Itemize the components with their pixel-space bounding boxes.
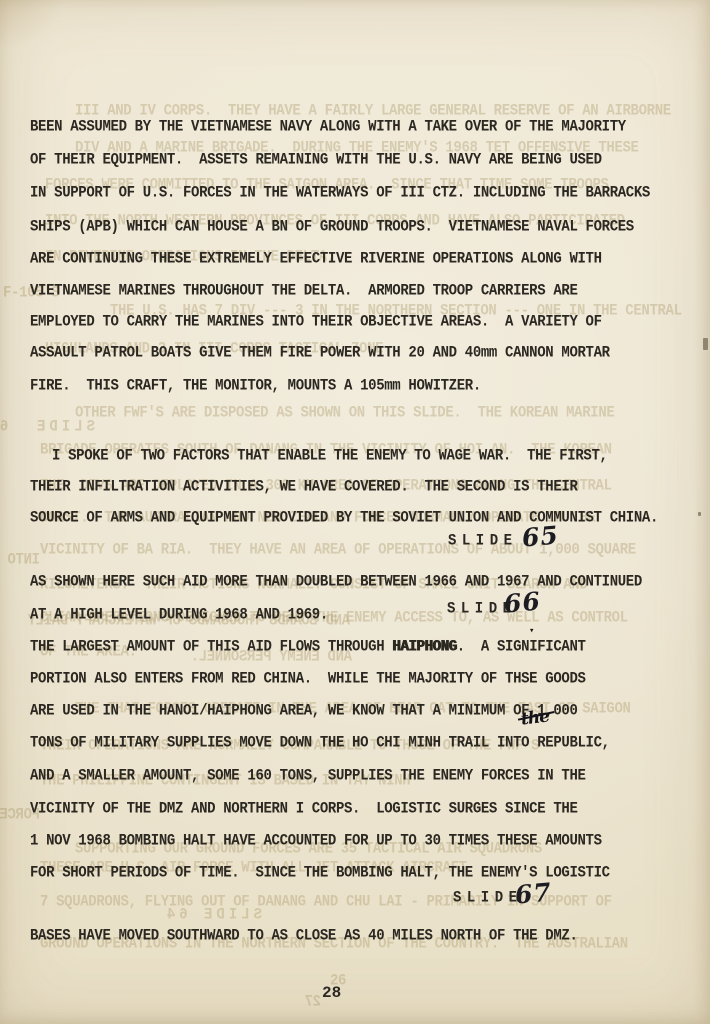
scanned-document-page: III AND IV CORPS. THEY HAVE A FAIRLY LAR… xyxy=(0,0,710,1024)
annotation-layer: the ▾ xyxy=(0,0,710,1024)
page-number: 28 xyxy=(322,984,341,1002)
proofreader-caret-mark: ▾ xyxy=(529,627,534,636)
handwritten-insert-the: the xyxy=(520,708,550,728)
